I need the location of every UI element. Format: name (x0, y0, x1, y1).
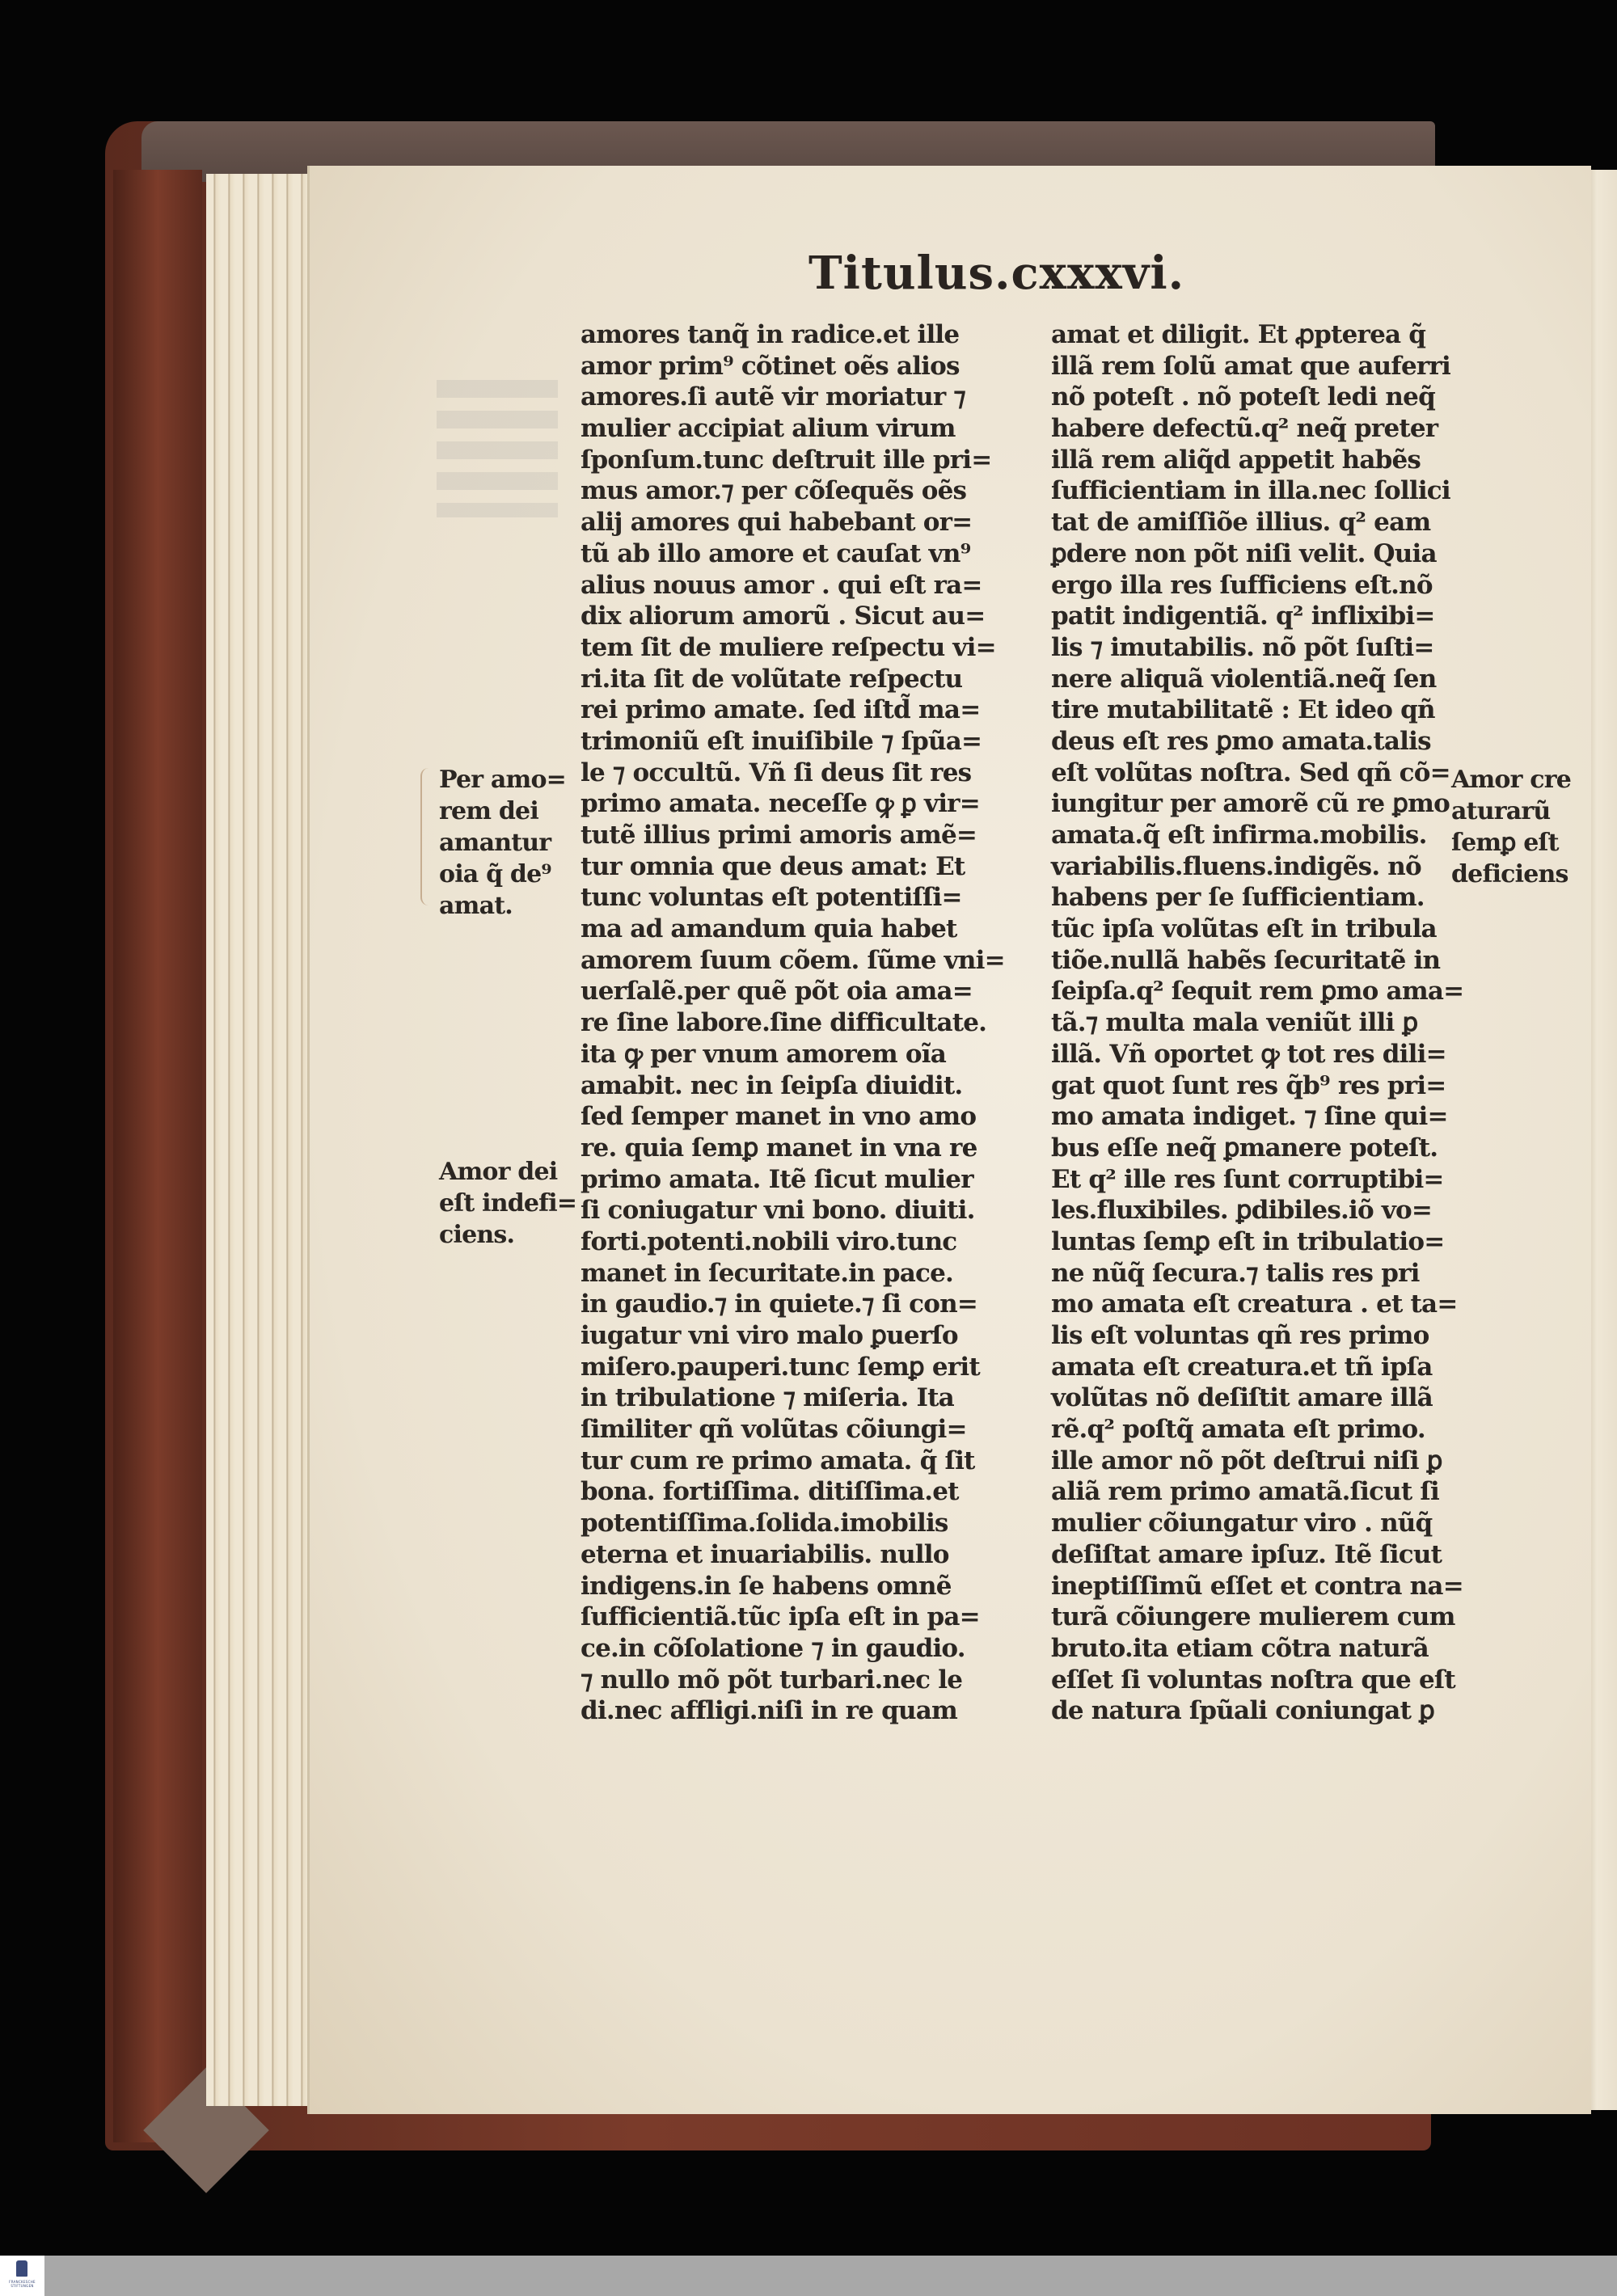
ink-showthrough (437, 380, 558, 517)
text-line: ⁊ nullo mõ põt turbari.nec le (581, 1665, 1001, 1696)
text-line: ce.in cõſolatione ⁊ in gaudio. (581, 1633, 1001, 1665)
text-line: rei primo amate. ſed iſtd̃ ma= (581, 694, 1001, 726)
text-line: uerſalẽ.per quẽ põt oia ama= (581, 976, 1001, 1007)
text-line: ſed ſemper manet in vno amo (581, 1101, 1001, 1133)
text-line: de natura ſpũali coniungat ꝑ (1051, 1695, 1455, 1727)
text-line: alij amores qui habebant or= (581, 507, 1001, 538)
text-line: bona. fortiſſima. ditiſſima.et (581, 1476, 1001, 1508)
text-line: deſiſtat amare ipſuz. Itẽ ſicut (1051, 1539, 1455, 1571)
text-line: mo amata eſt creatura . et ta= (1051, 1289, 1455, 1320)
logo-text: FRANCKESCHE STIFTUNGEN (2, 2280, 43, 2288)
text-line: tiõe.nullã habẽs ſecuritatẽ in (1051, 945, 1455, 977)
text-line: habens per ſe ſufficientiam. (1051, 882, 1455, 914)
text-line: amabit. nec in ſeipſa diuidit. (581, 1070, 1001, 1102)
text-line: amores tanq̃ in radice.et ille (581, 319, 1001, 351)
text-line: dix aliorum amorũ . Sicut au= (581, 601, 1001, 632)
text-line: nere aliquã violentiã.neq̃ ſen (1051, 664, 1455, 695)
text-line: Amor dei (439, 1156, 576, 1188)
text-line: tat de amiſſiõe illius. q² eam (1051, 507, 1455, 538)
text-line: amat et diligit. Et ꝓpterea q̃ (1051, 319, 1455, 351)
text-line: ri.ita ſit de volũtate reſpectu (581, 664, 1001, 695)
text-column-left: amores tanq̃ in radice.et illeamor prim⁹… (581, 319, 1001, 1727)
text-line: lis eſt voluntas qñ res primo (1051, 1320, 1455, 1352)
franckesche-stiftungen-logo-icon (16, 2260, 27, 2277)
text-line: di.nec affligi.niſi in re quam (581, 1695, 1001, 1727)
text-line: rem dei (439, 796, 566, 827)
text-line: tem ſit de muliere reſpectu vi= (581, 632, 1001, 664)
text-line: rẽ.q² poſtq̃ amata eſt primo. (1051, 1414, 1455, 1446)
text-line: ne nũq̃ ſecura.⁊ talis res pri (1051, 1258, 1455, 1289)
text-line: ſimiliter qñ volũtas cõiungi= (581, 1414, 1001, 1446)
text-line: ciens. (439, 1219, 576, 1251)
text-line: tunc voluntas eſt potentiſſi= (581, 882, 1001, 914)
text-line: eterna et inuariabilis. nullo (581, 1539, 1001, 1571)
text-line: Et q² ille res ſunt corruptibi= (1051, 1164, 1455, 1196)
text-line: patit indigentiã. q² inflixibi= (1051, 601, 1455, 632)
text-line: amantur (439, 827, 566, 859)
text-line: Amor cre (1451, 764, 1571, 796)
text-line: ineptiſſimũ eſſet et contra na= (1051, 1571, 1455, 1602)
text-line: tur omnia que deus amat: Et (581, 851, 1001, 883)
text-line: tũ ab illo amore et cauſat vn⁹ (581, 538, 1001, 570)
text-line: variabilis.fluens.indigẽs. nõ (1051, 851, 1455, 883)
text-line: ita ꝙ per vnum amorem oĩa (581, 1039, 1001, 1070)
text-line: potentiſſima.ſolida.imobilis (581, 1508, 1001, 1539)
viewer-footer-bar (0, 2256, 1617, 2296)
text-line: aliã rem primo amatã.ſicut ſi (1051, 1476, 1455, 1508)
text-line: amor prim⁹ cõtinet oẽs alios (581, 351, 1001, 382)
text-line: in tribulatione ⁊ miſeria. Ita (581, 1382, 1001, 1414)
text-line: Per amo= (439, 764, 566, 796)
text-line: amat. (439, 890, 566, 922)
text-line: illã rem ſolũ amat que auferri (1051, 351, 1455, 382)
text-line: ma ad amandum quia habet (581, 914, 1001, 945)
text-line: forti.potenti.nobili viro.tunc (581, 1226, 1001, 1258)
text-line: turã cõiungere mulierem cum (1051, 1602, 1455, 1633)
text-line: ille amor nõ põt deſtrui niſi ꝑ (1051, 1446, 1455, 1477)
text-line: ſufficientiã.tũc ipſa eſt in pa= (581, 1602, 1001, 1633)
text-line: eſt indefi= (439, 1188, 576, 1219)
text-line: amata eſt creatura.et tñ ipſa (1051, 1352, 1455, 1383)
text-line: le ⁊ occultũ. Vñ ſi deus ſit res (581, 758, 1001, 789)
text-line: ergo illa res ſufficiens eſt.nõ (1051, 570, 1455, 601)
book-spine (113, 170, 202, 2142)
text-line: primo amata. neceſſe ꝙ ꝑ vir= (581, 788, 1001, 820)
text-line: ſemꝑ eſt (1451, 827, 1571, 859)
text-line: mo amata indiget. ⁊ ſine qui= (1051, 1101, 1455, 1133)
text-line: in gaudio.⁊ in quiete.⁊ ſi con= (581, 1289, 1001, 1320)
text-line: illã. Vñ oportet ꝙ tot res dili= (1051, 1039, 1455, 1070)
text-line: illã rem aliq̃d appetit habẽs (1051, 445, 1455, 476)
text-line: amata.q̃ eſt infirma.mobilis. (1051, 820, 1455, 851)
text-line: ſeipſa.q² ſequit rem ꝑmo ama= (1051, 976, 1455, 1007)
text-line: eſt volũtas noſtra. Sed qñ cõ= (1051, 758, 1455, 789)
text-line: tire mutabilitatẽ : Et ideo qñ (1051, 694, 1455, 726)
text-line: bruto.ita etiam cõtra naturã (1051, 1633, 1455, 1665)
text-line: luntas ſemꝑ eſt in tribulatio= (1051, 1226, 1455, 1258)
running-title: Titulus.cxxxvi. (808, 247, 1184, 300)
text-line: re. quia ſemꝑ manet in vna re (581, 1133, 1001, 1164)
text-line: ſufficientiam in illa.nec ſollici (1051, 475, 1455, 507)
text-line: iugatur vni viro malo ꝑuerſo (581, 1320, 1001, 1352)
institution-logo: FRANCKESCHE STIFTUNGEN (0, 2256, 44, 2296)
text-line: manet in ſecuritate.in pace. (581, 1258, 1001, 1289)
text-line: re ſine labore.ſine difficultate. (581, 1007, 1001, 1039)
text-line: trimoniũ eſt inuiſibile ⁊ ſpũa= (581, 726, 1001, 758)
text-line: ꝑdere non põt niſi velit. Quia (1051, 538, 1455, 570)
text-line: ſi coniugatur vni bono. diuiti. (581, 1195, 1001, 1226)
text-line: nõ poteſt . nõ poteſt ledi neq̃ (1051, 382, 1455, 413)
text-line: iungitur per amorẽ cũ re ꝑmo (1051, 788, 1455, 820)
text-line: amorem ſuum cõem. ſũme vni= (581, 945, 1001, 977)
text-line: tur cum re primo amata. q̃ ſit (581, 1446, 1001, 1477)
text-line: ſponſum.tunc deſtruit ille pri= (581, 445, 1001, 476)
text-line: aturarũ (1451, 796, 1571, 827)
text-line: alius nouus amor . qui eſt ra= (581, 570, 1001, 601)
text-line: primo amata. Itẽ ſicut mulier (581, 1164, 1001, 1196)
text-line: gat quot ſunt res q̃b⁹ res pri= (1051, 1070, 1455, 1102)
text-line: tũc ipſa volũtas eſt in tribula (1051, 914, 1455, 945)
marginal-note-amor-creaturarum: Amor creaturarũſemꝑ eſtdeficiens (1451, 764, 1571, 890)
text-line: les.fluxibiles. ꝑdibiles.iõ vo= (1051, 1195, 1455, 1226)
text-line: deficiens (1451, 859, 1571, 890)
text-line: bus eſſe neq̃ ꝑmanere poteſt. (1051, 1133, 1455, 1164)
text-line: mus amor.⁊ per cõſequẽs oẽs (581, 475, 1001, 507)
pencil-bracket-mark (420, 768, 438, 905)
text-line: habere defectũ.q² neq̃ preter (1051, 413, 1455, 445)
marginal-note-per-amorem-dei: Per amo=rem deiamanturoia q̃ de⁹amat. (439, 764, 566, 922)
text-line: eſſet ſi voluntas noſtra que eſt (1051, 1665, 1455, 1696)
text-line: indigens.in ſe habens omnẽ (581, 1571, 1001, 1602)
text-line: mulier cõiungatur viro . nũq̃ (1051, 1508, 1455, 1539)
text-line: lis ⁊ imutabilis. nõ põt ſuſti= (1051, 632, 1455, 664)
text-line: volũtas nõ deſiſtit amare illã (1051, 1382, 1455, 1414)
text-line: mulier accipiat alium virum (581, 413, 1001, 445)
marginal-note-amor-dei-indeficiens: Amor deieſt indefi=ciens. (439, 1156, 576, 1251)
text-line: deus eſt res ꝑmo amata.talis (1051, 726, 1455, 758)
text-line: tutẽ illius primi amoris amẽ= (581, 820, 1001, 851)
text-line: miſero.pauperi.tunc ſemꝑ erit (581, 1352, 1001, 1383)
text-line: amores.ſi autẽ vir moriatur ⁊ (581, 382, 1001, 413)
text-column-right: amat et diligit. Et ꝓpterea q̃illã rem ſ… (1051, 319, 1455, 1727)
text-line: oia q̃ de⁹ (439, 859, 566, 890)
text-line: tã.⁊ multa mala veniũt illi ꝑ (1051, 1007, 1455, 1039)
